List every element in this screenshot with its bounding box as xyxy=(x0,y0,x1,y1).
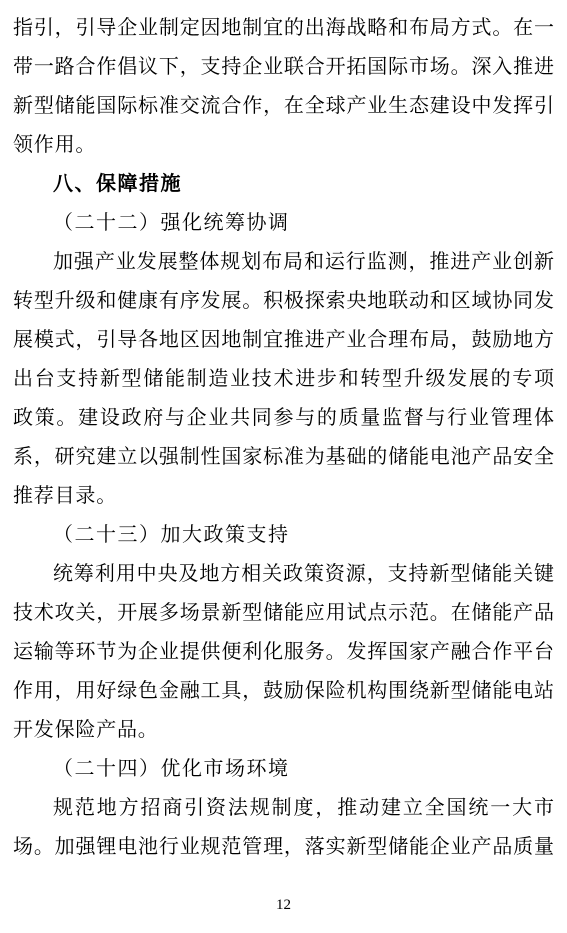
text-line: 政策。建设政府与企业共同参与的质量监督与行业管理体 xyxy=(13,399,554,438)
text-line: 领作用。 xyxy=(13,126,554,165)
block-paragraph-3: 加强产业发展整体规划布局和运行监测，推进产业创新转型升级和健康有序发展。积极探索… xyxy=(13,243,554,516)
text-line: 推荐目录。 xyxy=(13,477,554,516)
text-line: 技术攻关，开展多场景新型储能应用试点示范。在储能产品 xyxy=(13,594,554,633)
block-paragraph-0: 指引，引导企业制定因地制宜的出海战略和布局方式。在一带一路合作倡议下，支持企业联… xyxy=(13,9,554,165)
heading2-line: （二十四）优化市场环境 xyxy=(13,750,554,789)
heading2-line: （二十三）加大政策支持 xyxy=(13,516,554,555)
text-line: 运输等环节为企业提供便利化服务。发挥国家产融合作平台 xyxy=(13,633,554,672)
text-line: 带一路合作倡议下，支持企业联合开拓国际市场。深入推进 xyxy=(13,48,554,87)
block-paragraph-7: 规范地方招商引资法规制度，推动建立全国统一大市场。加强锂电池行业规范管理，落实新… xyxy=(13,789,554,867)
text-line: 新型储能国际标准交流合作，在全球产业生态建设中发挥引 xyxy=(13,87,554,126)
heading1-line: 八、保障措施 xyxy=(13,165,554,204)
block-heading1-1: 八、保障措施 xyxy=(13,165,554,204)
text-line: 场。加强锂电池行业规范管理，落实新型储能企业产品质量 xyxy=(13,828,554,867)
text-line: 加强产业发展整体规划布局和运行监测，推进产业创新 xyxy=(13,243,554,282)
text-line: 指引，引导企业制定因地制宜的出海战略和布局方式。在一 xyxy=(13,9,554,48)
text-line: 展模式，引导各地区因地制宜推进产业合理布局，鼓励地方 xyxy=(13,321,554,360)
heading2-line: （二十二）强化统筹协调 xyxy=(13,204,554,243)
text-line: 转型升级和健康有序发展。积极探索央地联动和区域协同发 xyxy=(13,282,554,321)
page-number: 12 xyxy=(0,897,567,914)
block-heading2-4: （二十三）加大政策支持 xyxy=(13,516,554,555)
text-line: 出台支持新型储能制造业技术进步和转型升级发展的专项 xyxy=(13,360,554,399)
document-page: 指引，引导企业制定因地制宜的出海战略和布局方式。在一带一路合作倡议下，支持企业联… xyxy=(0,0,567,933)
text-line: 开发保险产品。 xyxy=(13,711,554,750)
block-heading2-6: （二十四）优化市场环境 xyxy=(13,750,554,789)
block-paragraph-5: 统筹利用中央及地方相关政策资源，支持新型储能关键技术攻关，开展多场景新型储能应用… xyxy=(13,555,554,750)
block-heading2-2: （二十二）强化统筹协调 xyxy=(13,204,554,243)
text-line: 系，研究建立以强制性国家标准为基础的储能电池产品安全 xyxy=(13,438,554,477)
text-line: 作用，用好绿色金融工具，鼓励保险机构围绕新型储能电站 xyxy=(13,672,554,711)
text-line: 规范地方招商引资法规制度，推动建立全国统一大市 xyxy=(13,789,554,828)
document-content: 指引，引导企业制定因地制宜的出海战略和布局方式。在一带一路合作倡议下，支持企业联… xyxy=(13,9,554,867)
text-line: 统筹利用中央及地方相关政策资源，支持新型储能关键 xyxy=(13,555,554,594)
